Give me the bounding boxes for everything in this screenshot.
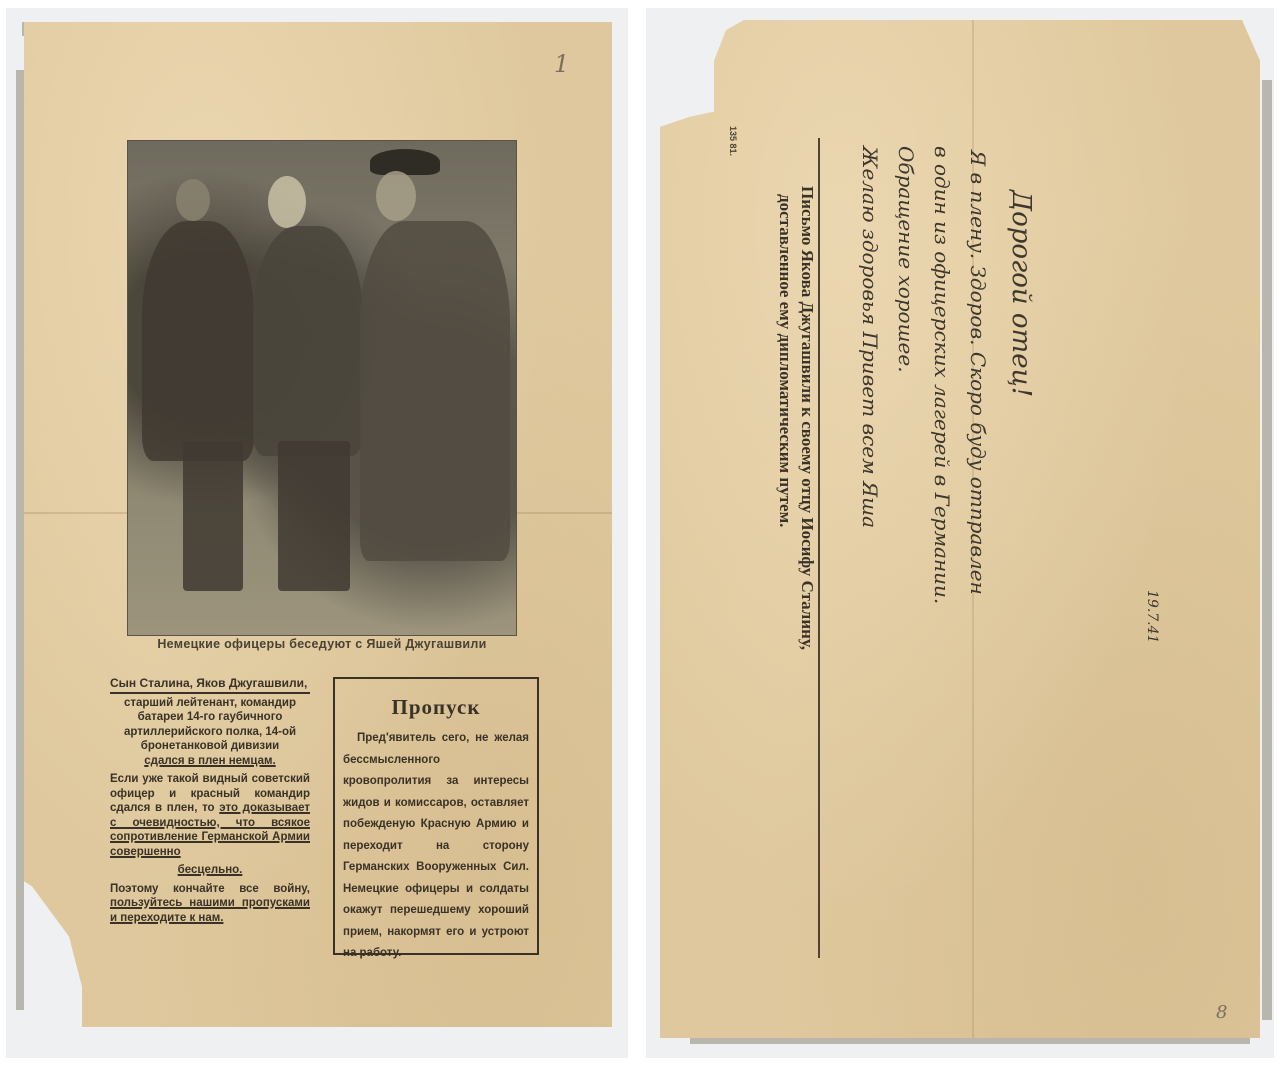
intro-body-3-emphasis: пользуйтесь нашими пропусками и переходи… [110,897,310,924]
pass-title: Пропуск [343,695,529,720]
archive-mark: 8 [1216,1002,1227,1023]
backing-card-edge [16,70,24,1010]
figure-legs-1 [183,441,243,591]
intro-body-1-text: старший лейтенант, командир батареи 14-г… [124,697,296,753]
intro-body-1-end: сдался в плен немцам. [144,755,275,767]
officer-cap [370,149,440,175]
leaflet-front-page: 1 Немецкие офицеры беседуют с Яшей Джуга… [24,22,612,1027]
page-number: 1 [554,50,569,78]
photo-caption: Немецкие офицеры беседуют с Яшей Джугашв… [127,637,517,651]
intro-body-3-start: Поэтому кончайте все войну, [110,883,310,895]
handwritten-line-1: Я в плену. Здоров. Скоро буду отправлен [966,150,990,595]
handwritten-line-4: Желаю здоровья Привет всем Яша [858,146,882,528]
figure-body-1 [142,221,254,461]
intro-body-2: Если уже такой видный советский офицер и… [110,772,310,859]
handwritten-line-3: Обращение хорошее. [894,146,918,373]
letter-heading: Письмо Якова Джугашвили к своему отцу Ио… [774,186,818,886]
figure-head-3 [376,171,416,221]
handwritten-line-2: в один из офицерских лагерей в Германии. [930,146,954,604]
print-code: 135 81. [728,126,738,156]
leaflet-back-page: 135 81. Письмо Якова Джугашвили к своему… [660,20,1260,1038]
pass-box: Пропуск Пред'явитель сего, не желая бесс… [333,677,539,955]
letter-heading-line-2: доставленное ему дипломатическим путем. [774,186,796,886]
handwritten-date: 19.7.41 [1144,590,1160,643]
intro-column: Сын Сталина, Яков Джугашвили, старший ле… [110,676,310,929]
intro-headline: Сын Сталина, Яков Джугашвили, [110,676,310,694]
letter-heading-line-1: Письмо Якова Джугашвили к своему отцу Ио… [796,186,818,886]
handwritten-greeting: Дорогой отец! [1006,190,1036,397]
figure-body-2 [253,226,363,456]
intro-body-1: старший лейтенант, командир батареи 14-г… [110,696,310,769]
backing-card-edge-right [1262,80,1272,1020]
intro-body-2-end: бесцельно. [110,863,310,878]
intro-body-3: Поэтому кончайте все войну, пользуйтесь … [110,882,310,926]
intro-body-2-end-text: бесцельно. [178,864,243,876]
photograph-officers [127,140,517,636]
figure-coat-3 [360,221,510,561]
figure-head-2 [268,176,306,228]
heading-rule [818,138,820,958]
pass-text: Пред'явитель сего, не желая бессмысленно… [343,728,529,965]
figure-legs-2 [278,441,350,591]
figure-head-1 [176,179,210,221]
